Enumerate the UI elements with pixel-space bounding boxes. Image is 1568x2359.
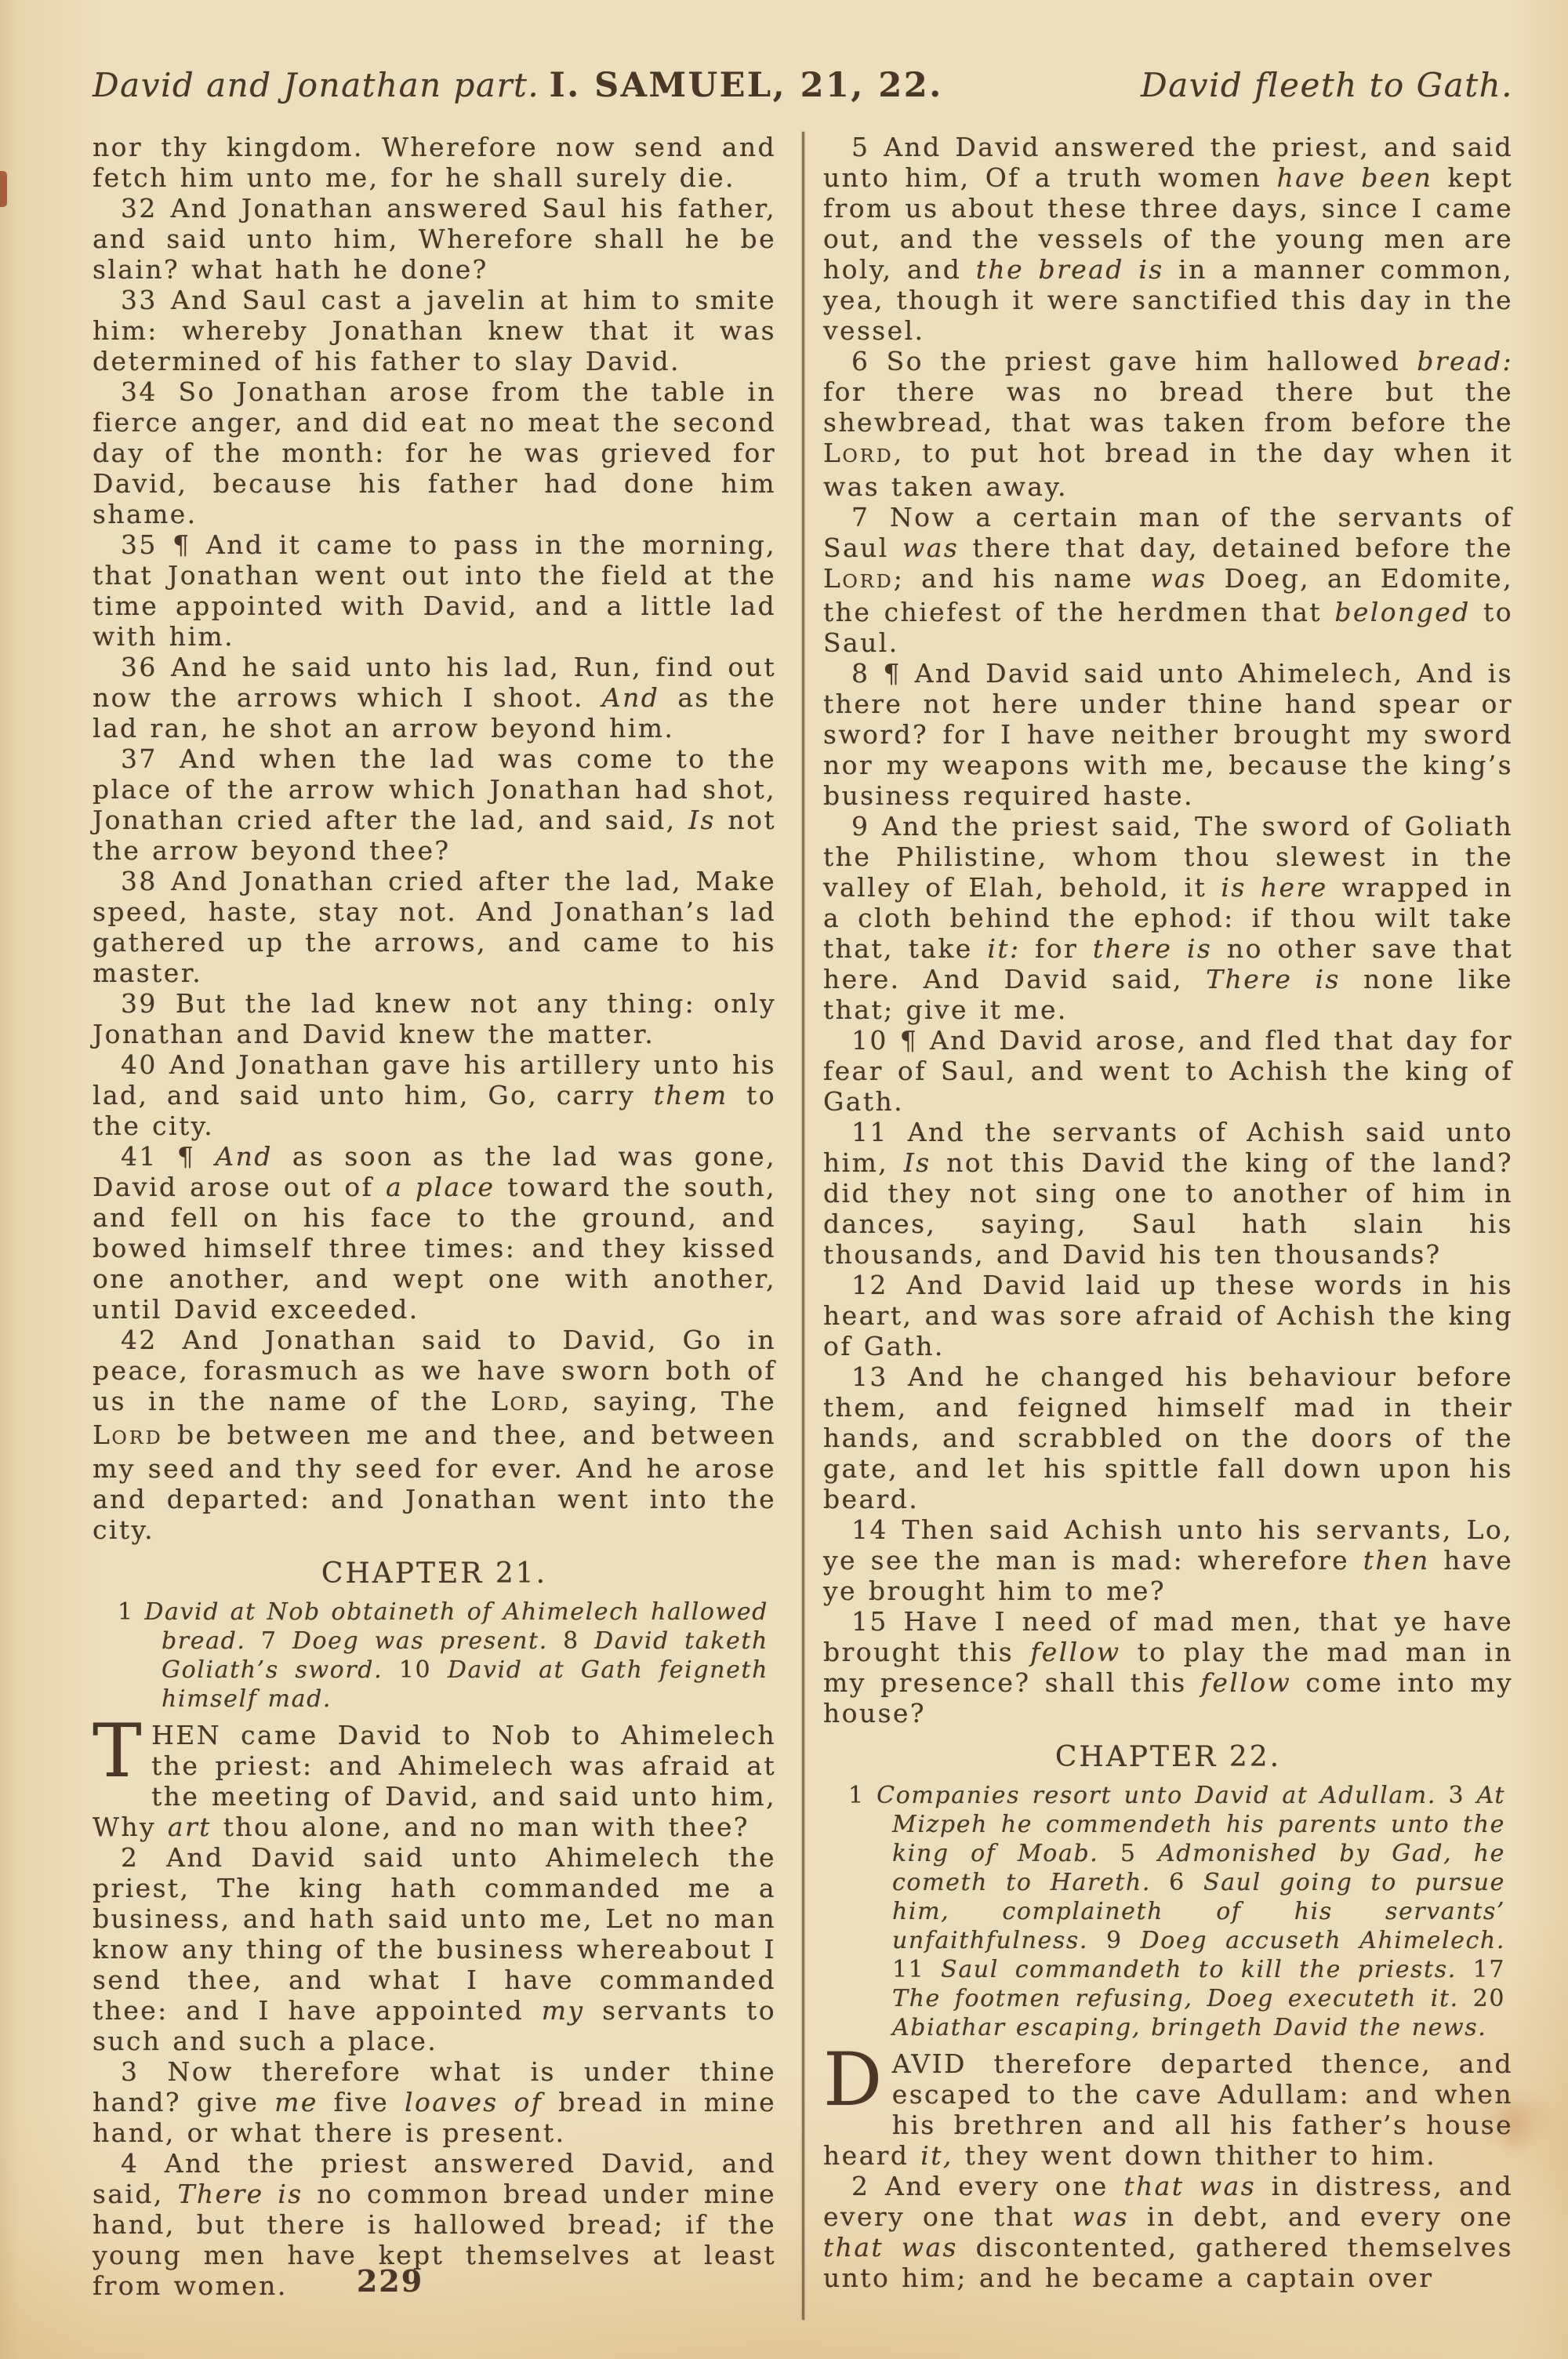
left-column: nor thy kingdom. Wherefore now send and … bbox=[93, 132, 776, 2301]
verse-paragraph: 37 And when the lad was come to the plac… bbox=[93, 743, 776, 866]
page-body: nor thy kingdom. Wherefore now send and … bbox=[93, 132, 1513, 2320]
verse-paragraph: 33 And Saul cast a javelin at him to smi… bbox=[93, 285, 776, 376]
verse-paragraph: 3 Now therefore what is under thine hand… bbox=[93, 2056, 776, 2148]
verse-paragraph: 8 ¶ And David said unto Ahimelech, And i… bbox=[823, 658, 1513, 811]
bible-page: David and Jonathan part. I. SAMUEL, 21, … bbox=[0, 0, 1568, 2359]
chapter-summary: 1 Companies resort unto David at Adullam… bbox=[823, 1781, 1513, 2042]
verse-paragraph: 40 And Jonathan gave his artillery unto … bbox=[93, 1049, 776, 1141]
verse-paragraph: 11 And the servants of Achish said unto … bbox=[823, 1117, 1513, 1270]
chapter-summary: 1 David at Nob obtaineth of Ahimelech ha… bbox=[93, 1598, 776, 1714]
page-number: 229 bbox=[47, 2263, 733, 2299]
chapter-heading: CHAPTER 21. bbox=[93, 1558, 776, 1590]
page-edge-nick bbox=[0, 171, 7, 207]
verse-paragraph: 41 ¶ And as soon as the lad was gone, Da… bbox=[93, 1141, 776, 1325]
verse-paragraph: 34 So Jonathan arose from the table in f… bbox=[93, 376, 776, 529]
verse-paragraph: 2 And David said unto Ahimelech the prie… bbox=[93, 1842, 776, 2056]
verse-paragraph: 6 So the priest gave him hallowed bread:… bbox=[823, 346, 1513, 502]
verse-continuation: nor thy kingdom. Wherefore now send and … bbox=[93, 132, 776, 193]
right-column: 5 And David answered the priest, and sai… bbox=[823, 132, 1513, 2293]
verse-paragraph: 35 ¶ And it came to pass in the morning,… bbox=[93, 529, 776, 652]
verse-paragraph: 5 And David answered the priest, and sai… bbox=[823, 132, 1513, 346]
verse-paragraph: 9 And the priest said, The sword of Goli… bbox=[823, 811, 1513, 1025]
verse-paragraph: 39 But the lad knew not any thing: only … bbox=[93, 988, 776, 1049]
verse-paragraph: THEN came David to Nob to Ahimelech the … bbox=[93, 1720, 776, 1842]
verse-paragraph: 10 ¶ And David arose, and fled that day … bbox=[823, 1025, 1513, 1117]
verse-paragraph: 2 And every one that was in distress, an… bbox=[823, 2171, 1513, 2293]
column-divider bbox=[802, 132, 804, 2320]
verse-paragraph: 36 And he said unto his lad, Run, find o… bbox=[93, 652, 776, 743]
running-head-left: David and Jonathan part. bbox=[93, 66, 539, 104]
verse-paragraph: 32 And Jonathan answered Saul his father… bbox=[93, 193, 776, 285]
verse-paragraph: 38 And Jonathan cried after the lad, Mak… bbox=[93, 866, 776, 988]
drop-cap: T bbox=[93, 1722, 143, 1782]
verse-paragraph: 15 Have I need of mad men, that ye have … bbox=[823, 1606, 1513, 1728]
running-head: David and Jonathan part. I. SAMUEL, 21, … bbox=[93, 66, 1513, 105]
running-head-right: David fleeth to Gath. bbox=[1141, 66, 1513, 104]
verse-paragraph: 12 And David laid up these words in his … bbox=[823, 1270, 1513, 1361]
verse-paragraph: 14 Then said Achish unto his servants, L… bbox=[823, 1514, 1513, 1606]
chapter-heading: CHAPTER 22. bbox=[823, 1741, 1513, 1773]
verse-paragraph: 13 And he changed his behaviour before t… bbox=[823, 1361, 1513, 1514]
drop-cap: D bbox=[823, 2051, 884, 2110]
verse-paragraph: DAVID therefore departed thence, and esc… bbox=[823, 2048, 1513, 2171]
verse-paragraph: 7 Now a certain man of the servants of S… bbox=[823, 502, 1513, 658]
running-head-title: I. SAMUEL, 21, 22. bbox=[550, 66, 943, 105]
verse-paragraph: 42 And Jonathan said to David, Go in pea… bbox=[93, 1325, 776, 1545]
